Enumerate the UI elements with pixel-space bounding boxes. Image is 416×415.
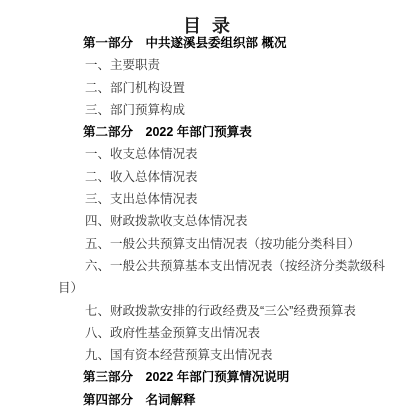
toc-item-continuation: 目） (58, 277, 360, 299)
toc-item: 三、部门预算构成 (58, 99, 360, 121)
toc-section-heading: 第三部分 2022 年部门预算情况说明 (58, 366, 360, 388)
toc-item: 四、财政拨款收支总体情况表 (58, 210, 360, 232)
toc-item: 三、支出总体情况表 (58, 188, 360, 210)
table-of-contents: 第一部分 中共遂溪县委组织部 概况 一、主要职责 二、部门机构设置 三、部门预算… (58, 32, 360, 411)
toc-item: 六、一般公共预算基本支出情况表（按经济分类款级科 (58, 255, 360, 277)
toc-item: 五、一般公共预算支出情况表（按功能分类科目） (58, 233, 360, 255)
toc-item: 九、国有资本经营预算支出情况表 (58, 344, 360, 366)
toc-section-heading: 第一部分 中共遂溪县委组织部 概况 (58, 32, 360, 54)
toc-section-heading: 第四部分 名词解释 (58, 389, 360, 411)
toc-item: 一、主要职责 (58, 54, 360, 76)
document-page: 目 录 第一部分 中共遂溪县委组织部 概况 一、主要职责 二、部门机构设置 三、… (0, 0, 416, 415)
toc-item: 一、收支总体情况表 (58, 143, 360, 165)
toc-item: 二、收入总体情况表 (58, 166, 360, 188)
toc-item: 七、财政拨款安排的行政经费及“三公”经费预算表 (58, 300, 360, 322)
toc-item: 八、政府性基金预算支出情况表 (58, 322, 360, 344)
toc-item: 二、部门机构设置 (58, 77, 360, 99)
toc-section-heading: 第二部分 2022 年部门预算表 (58, 121, 360, 143)
